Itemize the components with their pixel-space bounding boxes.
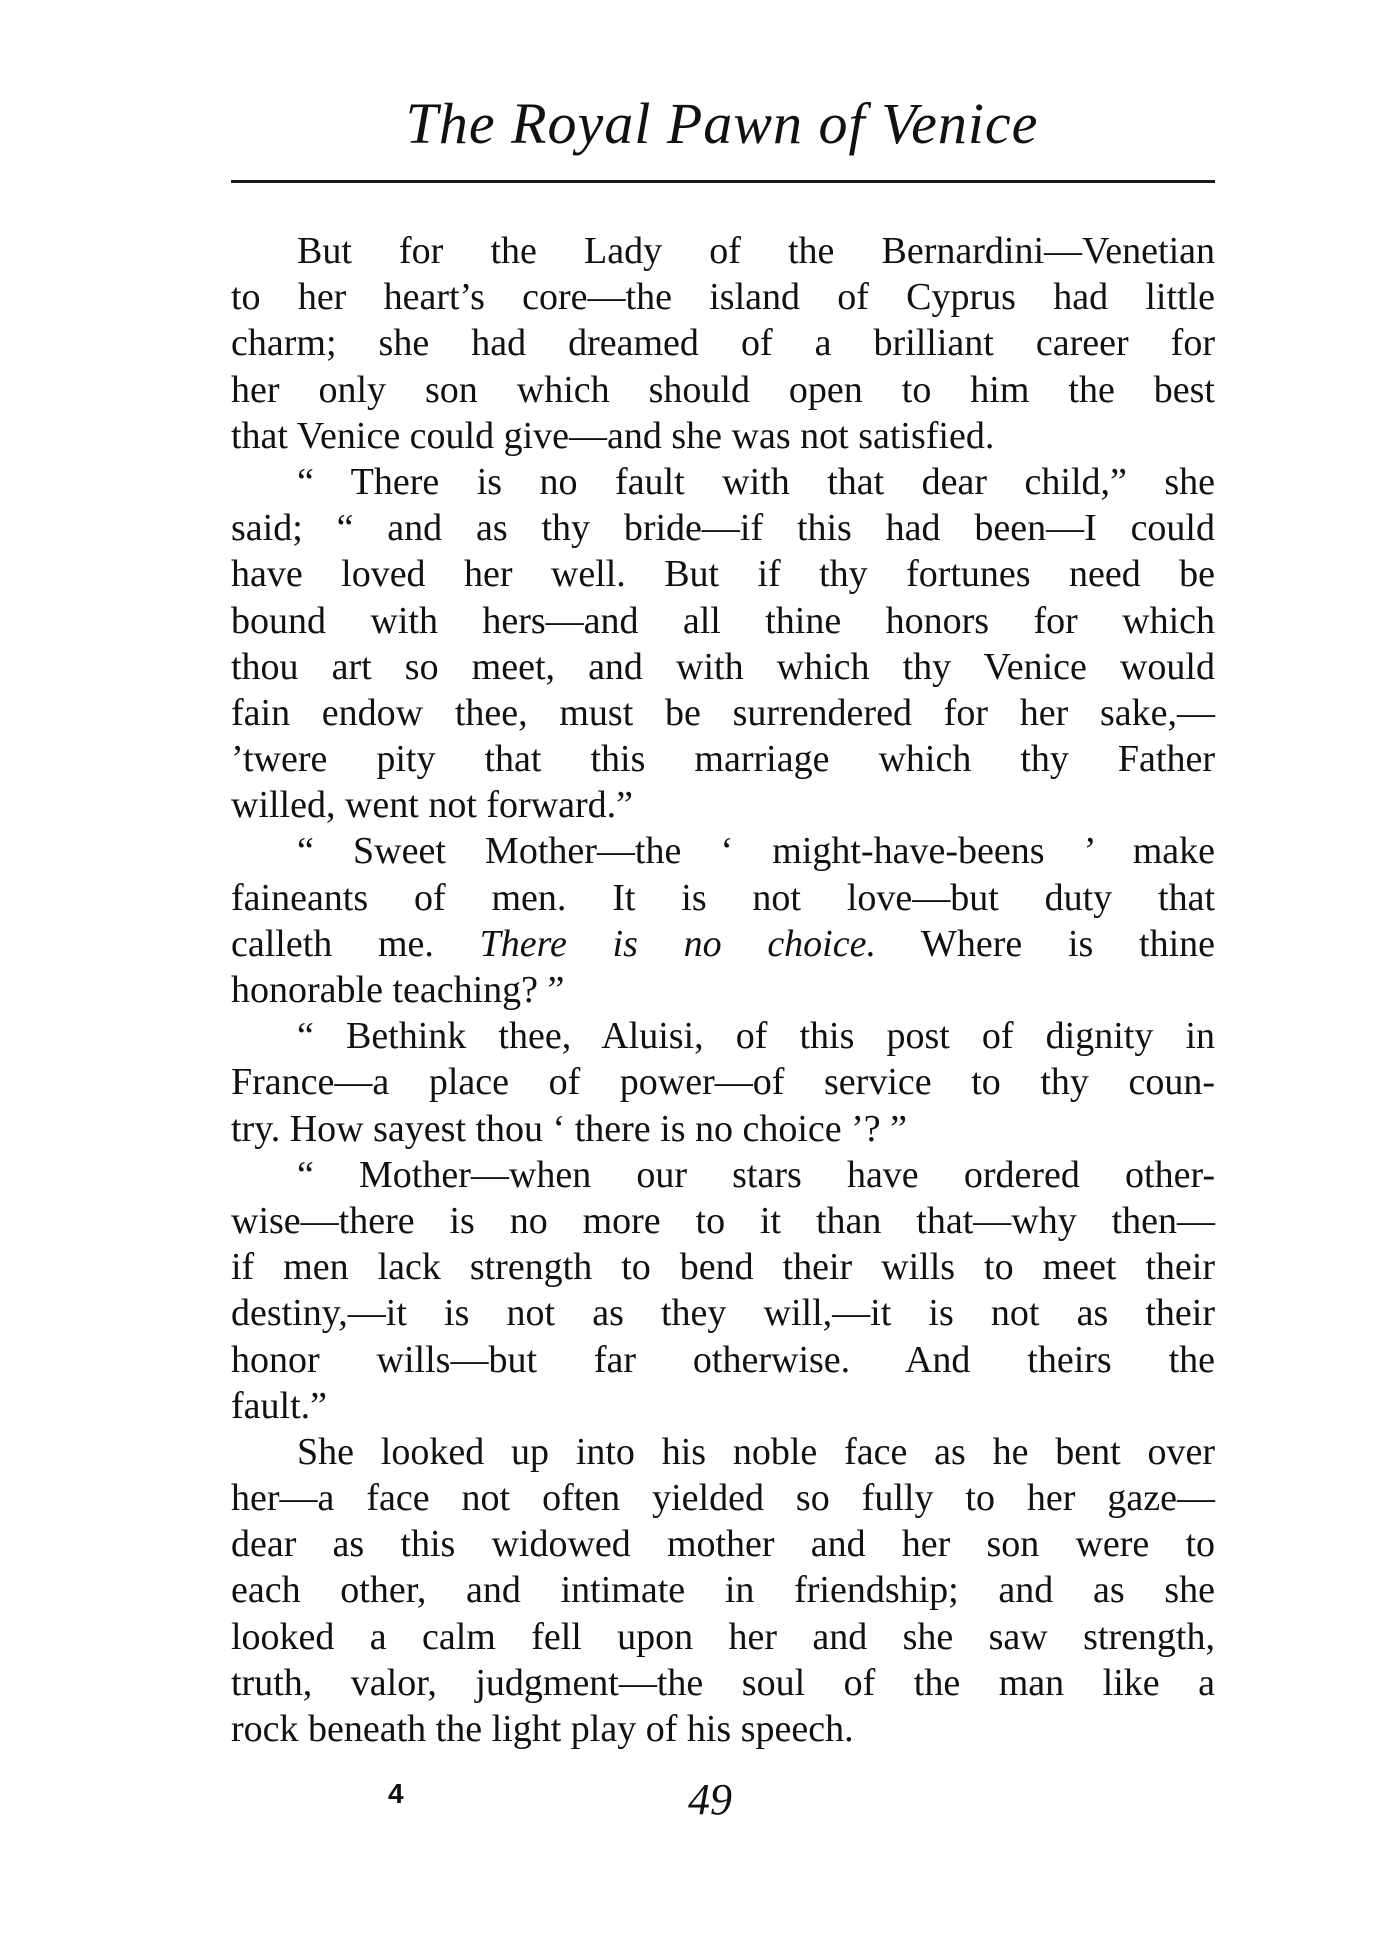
text-line: ’twere pity that this marriage which thy… — [231, 736, 1215, 782]
text-line: honor wills—but far otherwise. And their… — [231, 1337, 1215, 1383]
text-line: “ Mother—when our stars have ordered oth… — [231, 1152, 1215, 1198]
text-line: wise—there is no more to it than that—wh… — [231, 1198, 1215, 1244]
signature-mark: 4 — [388, 1778, 404, 1810]
italic-emphasis: There is no choice. — [480, 923, 876, 965]
header-rule — [231, 180, 1215, 183]
text-line: truth, valor, judgment—the soul of the m… — [231, 1660, 1215, 1706]
text-line: her—a face not often yielded so fully to… — [231, 1475, 1215, 1521]
text-line: if men lack strength to bend their wills… — [231, 1244, 1215, 1290]
text-line: destiny,—it is not as they will,—it is n… — [231, 1290, 1215, 1336]
text-line: “ Sweet Mother—the ‘ might-have-beens ’ … — [231, 828, 1215, 874]
text-line: each other, and intimate in friendship; … — [231, 1567, 1215, 1613]
text-line: “ Bethink thee, Aluisi, of this post of … — [231, 1013, 1215, 1059]
text-line: faineants of men. It is not love—but dut… — [231, 875, 1215, 921]
text-segment: calleth me. — [231, 923, 480, 965]
book-page: The Royal Pawn of Venice But for the Lad… — [0, 0, 1398, 1934]
text-line: to her heart’s core—the island of Cyprus… — [231, 274, 1215, 320]
text-line: thou art so meet, and with which thy Ven… — [231, 644, 1215, 690]
body-text: But for the Lady of the Bernardini—Venet… — [231, 228, 1215, 1752]
running-head-title: The Royal Pawn of Venice — [231, 88, 1213, 160]
text-line: fain endow thee, must be surrendered for… — [231, 690, 1215, 736]
text-line: have loved her well. But if thy fortunes… — [231, 551, 1215, 597]
text-line: rock beneath the light play of his speec… — [231, 1706, 1215, 1752]
text-line: honorable teaching? ” — [231, 967, 1215, 1013]
text-line: charm; she had dreamed of a brilliant ca… — [231, 320, 1215, 366]
text-line: willed, went not forward.” — [231, 782, 1215, 828]
text-line: said; “ and as thy bride—if this had bee… — [231, 505, 1215, 551]
text-line: her only son which should open to him th… — [231, 367, 1215, 413]
text-line: try. How sayest thou ‘ there is no choic… — [231, 1106, 1215, 1152]
text-line: that Venice could give—and she was not s… — [231, 413, 1215, 459]
text-segment: Where is thine — [876, 923, 1215, 965]
text-line: But for the Lady of the Bernardini—Venet… — [231, 228, 1215, 274]
text-line: dear as this widowed mother and her son … — [231, 1521, 1215, 1567]
text-line: looked a calm fell upon her and she saw … — [231, 1614, 1215, 1660]
text-line: fault.” — [231, 1383, 1215, 1429]
text-line: bound with hers—and all thine honors for… — [231, 598, 1215, 644]
text-line: France—a place of power—of service to th… — [231, 1059, 1215, 1105]
page-number: 49 — [688, 1774, 732, 1825]
text-line: She looked up into his noble face as he … — [231, 1429, 1215, 1475]
text-line: “ There is no fault with that dear child… — [231, 459, 1215, 505]
text-line: calleth me. There is no choice. Where is… — [231, 921, 1215, 967]
